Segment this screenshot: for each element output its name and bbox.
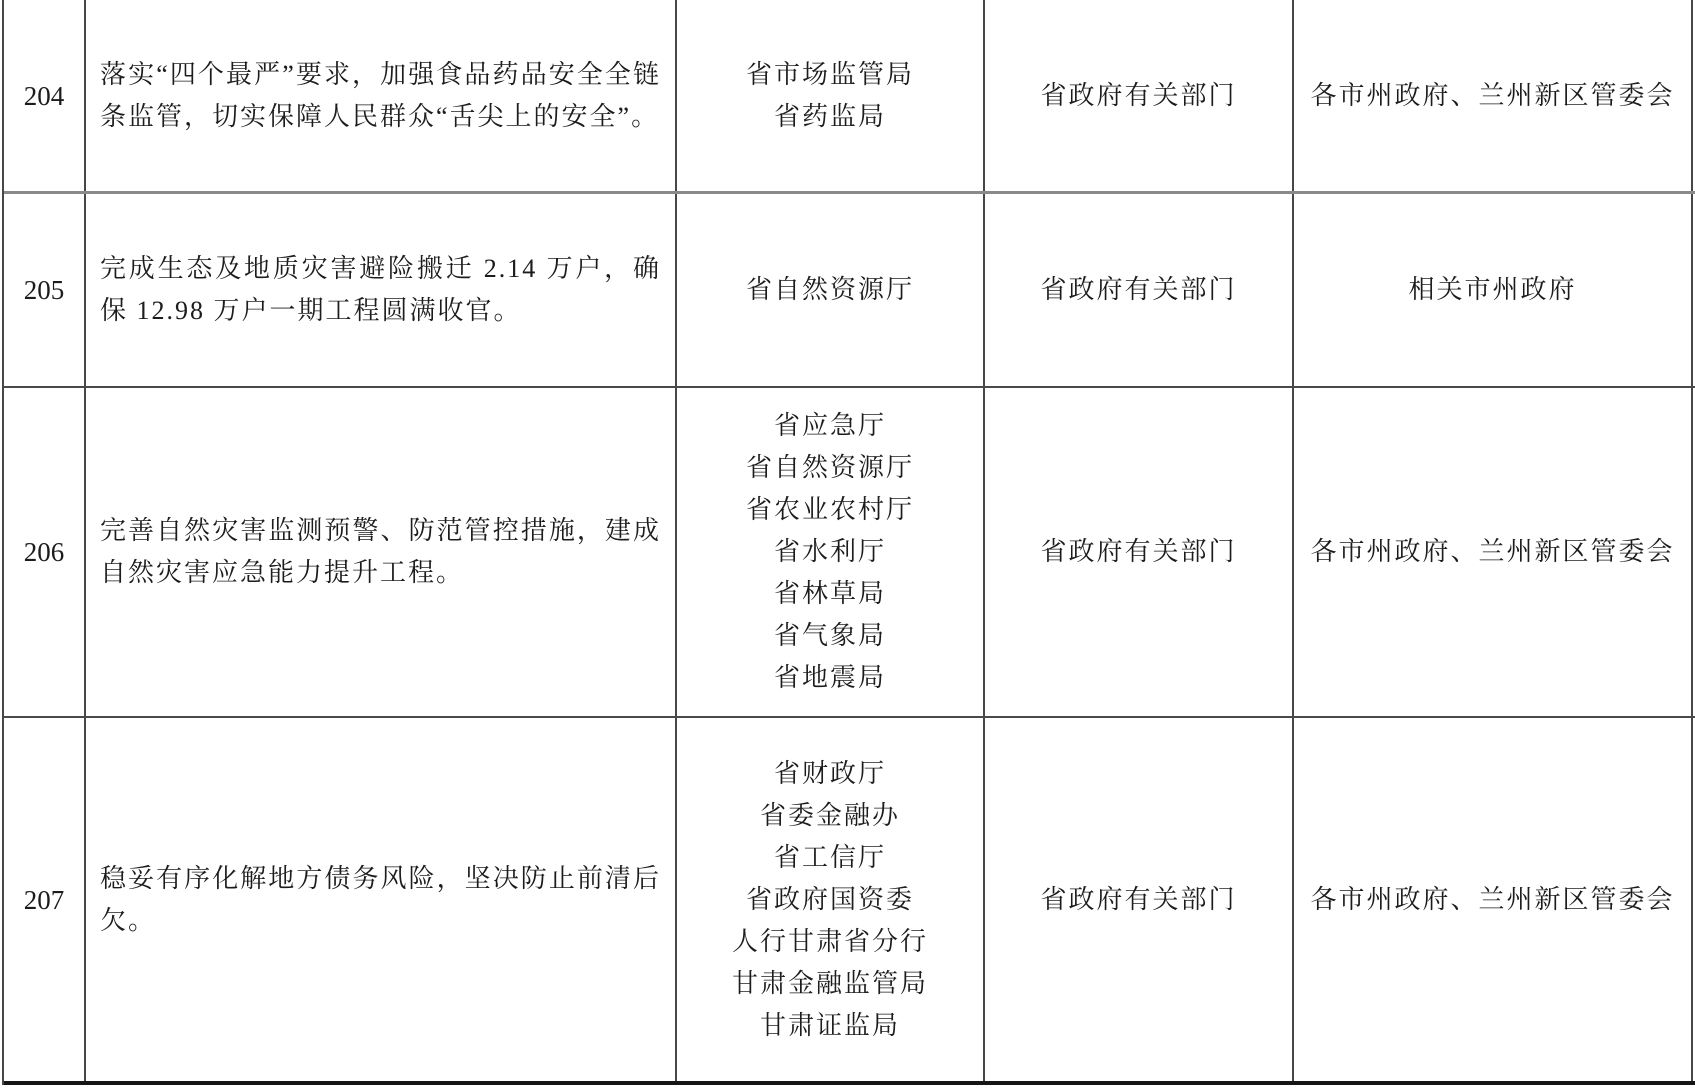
lead-department-line: 省应急厅 [677, 405, 983, 447]
table-row: 207 稳妥有序化解地方债务风险，坚决防止前清后欠。 省财政厅省委金融办省工信厅… [4, 718, 1695, 1085]
implementing-units-cell: 各市州政府、兰州新区管委会 [1294, 0, 1693, 191]
table-row: 204 落实“四个最严”要求，加强食品药品安全全链条监管，切实保障人民群众“舌尖… [4, 0, 1695, 194]
task-text-cell: 完成生态及地质灾害避险搬迁 2.14 万户，确保 12.98 万户一期工程圆满收… [86, 194, 677, 386]
lead-department-line: 人行甘肃省分行 [677, 921, 983, 963]
document-page: 204 落实“四个最严”要求，加强食品药品安全全链条监管，切实保障人民群众“舌尖… [0, 0, 1695, 1089]
row-number-cell: 204 [4, 0, 86, 191]
row-number-cell: 206 [4, 388, 86, 716]
lead-department-line: 省林草局 [677, 573, 983, 615]
lead-department-line: 省市场监管局 [677, 54, 983, 96]
lead-departments-cell: 省财政厅省委金融办省工信厅省政府国资委人行甘肃省分行甘肃金融监管局甘肃证监局 [677, 718, 985, 1081]
lead-department-line: 省药监局 [677, 96, 983, 138]
lead-department-line: 省财政厅 [677, 753, 983, 795]
lead-department-line: 甘肃金融监管局 [677, 963, 983, 1005]
lead-department-line: 省气象局 [677, 615, 983, 657]
lead-department-line: 省工信厅 [677, 837, 983, 879]
task-table: 204 落实“四个最严”要求，加强食品药品安全全链条监管，切实保障人民群众“舌尖… [2, 0, 1695, 1085]
row-number-cell: 205 [4, 194, 86, 386]
table-row: 205 完成生态及地质灾害避险搬迁 2.14 万户，确保 12.98 万户一期工… [4, 194, 1695, 388]
cooperating-departments-cell: 省政府有关部门 [985, 194, 1294, 386]
implementing-units-cell: 相关市州政府 [1294, 194, 1693, 386]
lead-department-line: 省自然资源厅 [677, 447, 983, 489]
task-text-cell: 完善自然灾害监测预警、防范管控措施，建成自然灾害应急能力提升工程。 [86, 388, 677, 716]
lead-department-line: 省水利厅 [677, 531, 983, 573]
implementing-units-cell: 各市州政府、兰州新区管委会 [1294, 388, 1693, 716]
row-number-cell: 207 [4, 718, 86, 1081]
table-row: 206 完善自然灾害监测预警、防范管控措施，建成自然灾害应急能力提升工程。 省应… [4, 388, 1695, 718]
implementing-units-cell: 各市州政府、兰州新区管委会 [1294, 718, 1693, 1081]
task-text-cell: 落实“四个最严”要求，加强食品药品安全全链条监管，切实保障人民群众“舌尖上的安全… [86, 0, 677, 191]
cooperating-departments-cell: 省政府有关部门 [985, 0, 1294, 191]
lead-department-line: 省农业农村厅 [677, 489, 983, 531]
lead-department-line: 省地震局 [677, 657, 983, 699]
task-text-cell: 稳妥有序化解地方债务风险，坚决防止前清后欠。 [86, 718, 677, 1081]
lead-departments-cell: 省自然资源厅 [677, 194, 985, 386]
lead-department-line: 省委金融办 [677, 795, 983, 837]
lead-department-line: 省政府国资委 [677, 879, 983, 921]
cooperating-departments-cell: 省政府有关部门 [985, 388, 1294, 716]
lead-department-line: 省自然资源厅 [677, 269, 983, 311]
lead-departments-cell: 省市场监管局省药监局 [677, 0, 985, 191]
lead-department-line: 甘肃证监局 [677, 1005, 983, 1047]
cooperating-departments-cell: 省政府有关部门 [985, 718, 1294, 1081]
lead-departments-cell: 省应急厅省自然资源厅省农业农村厅省水利厅省林草局省气象局省地震局 [677, 388, 985, 716]
